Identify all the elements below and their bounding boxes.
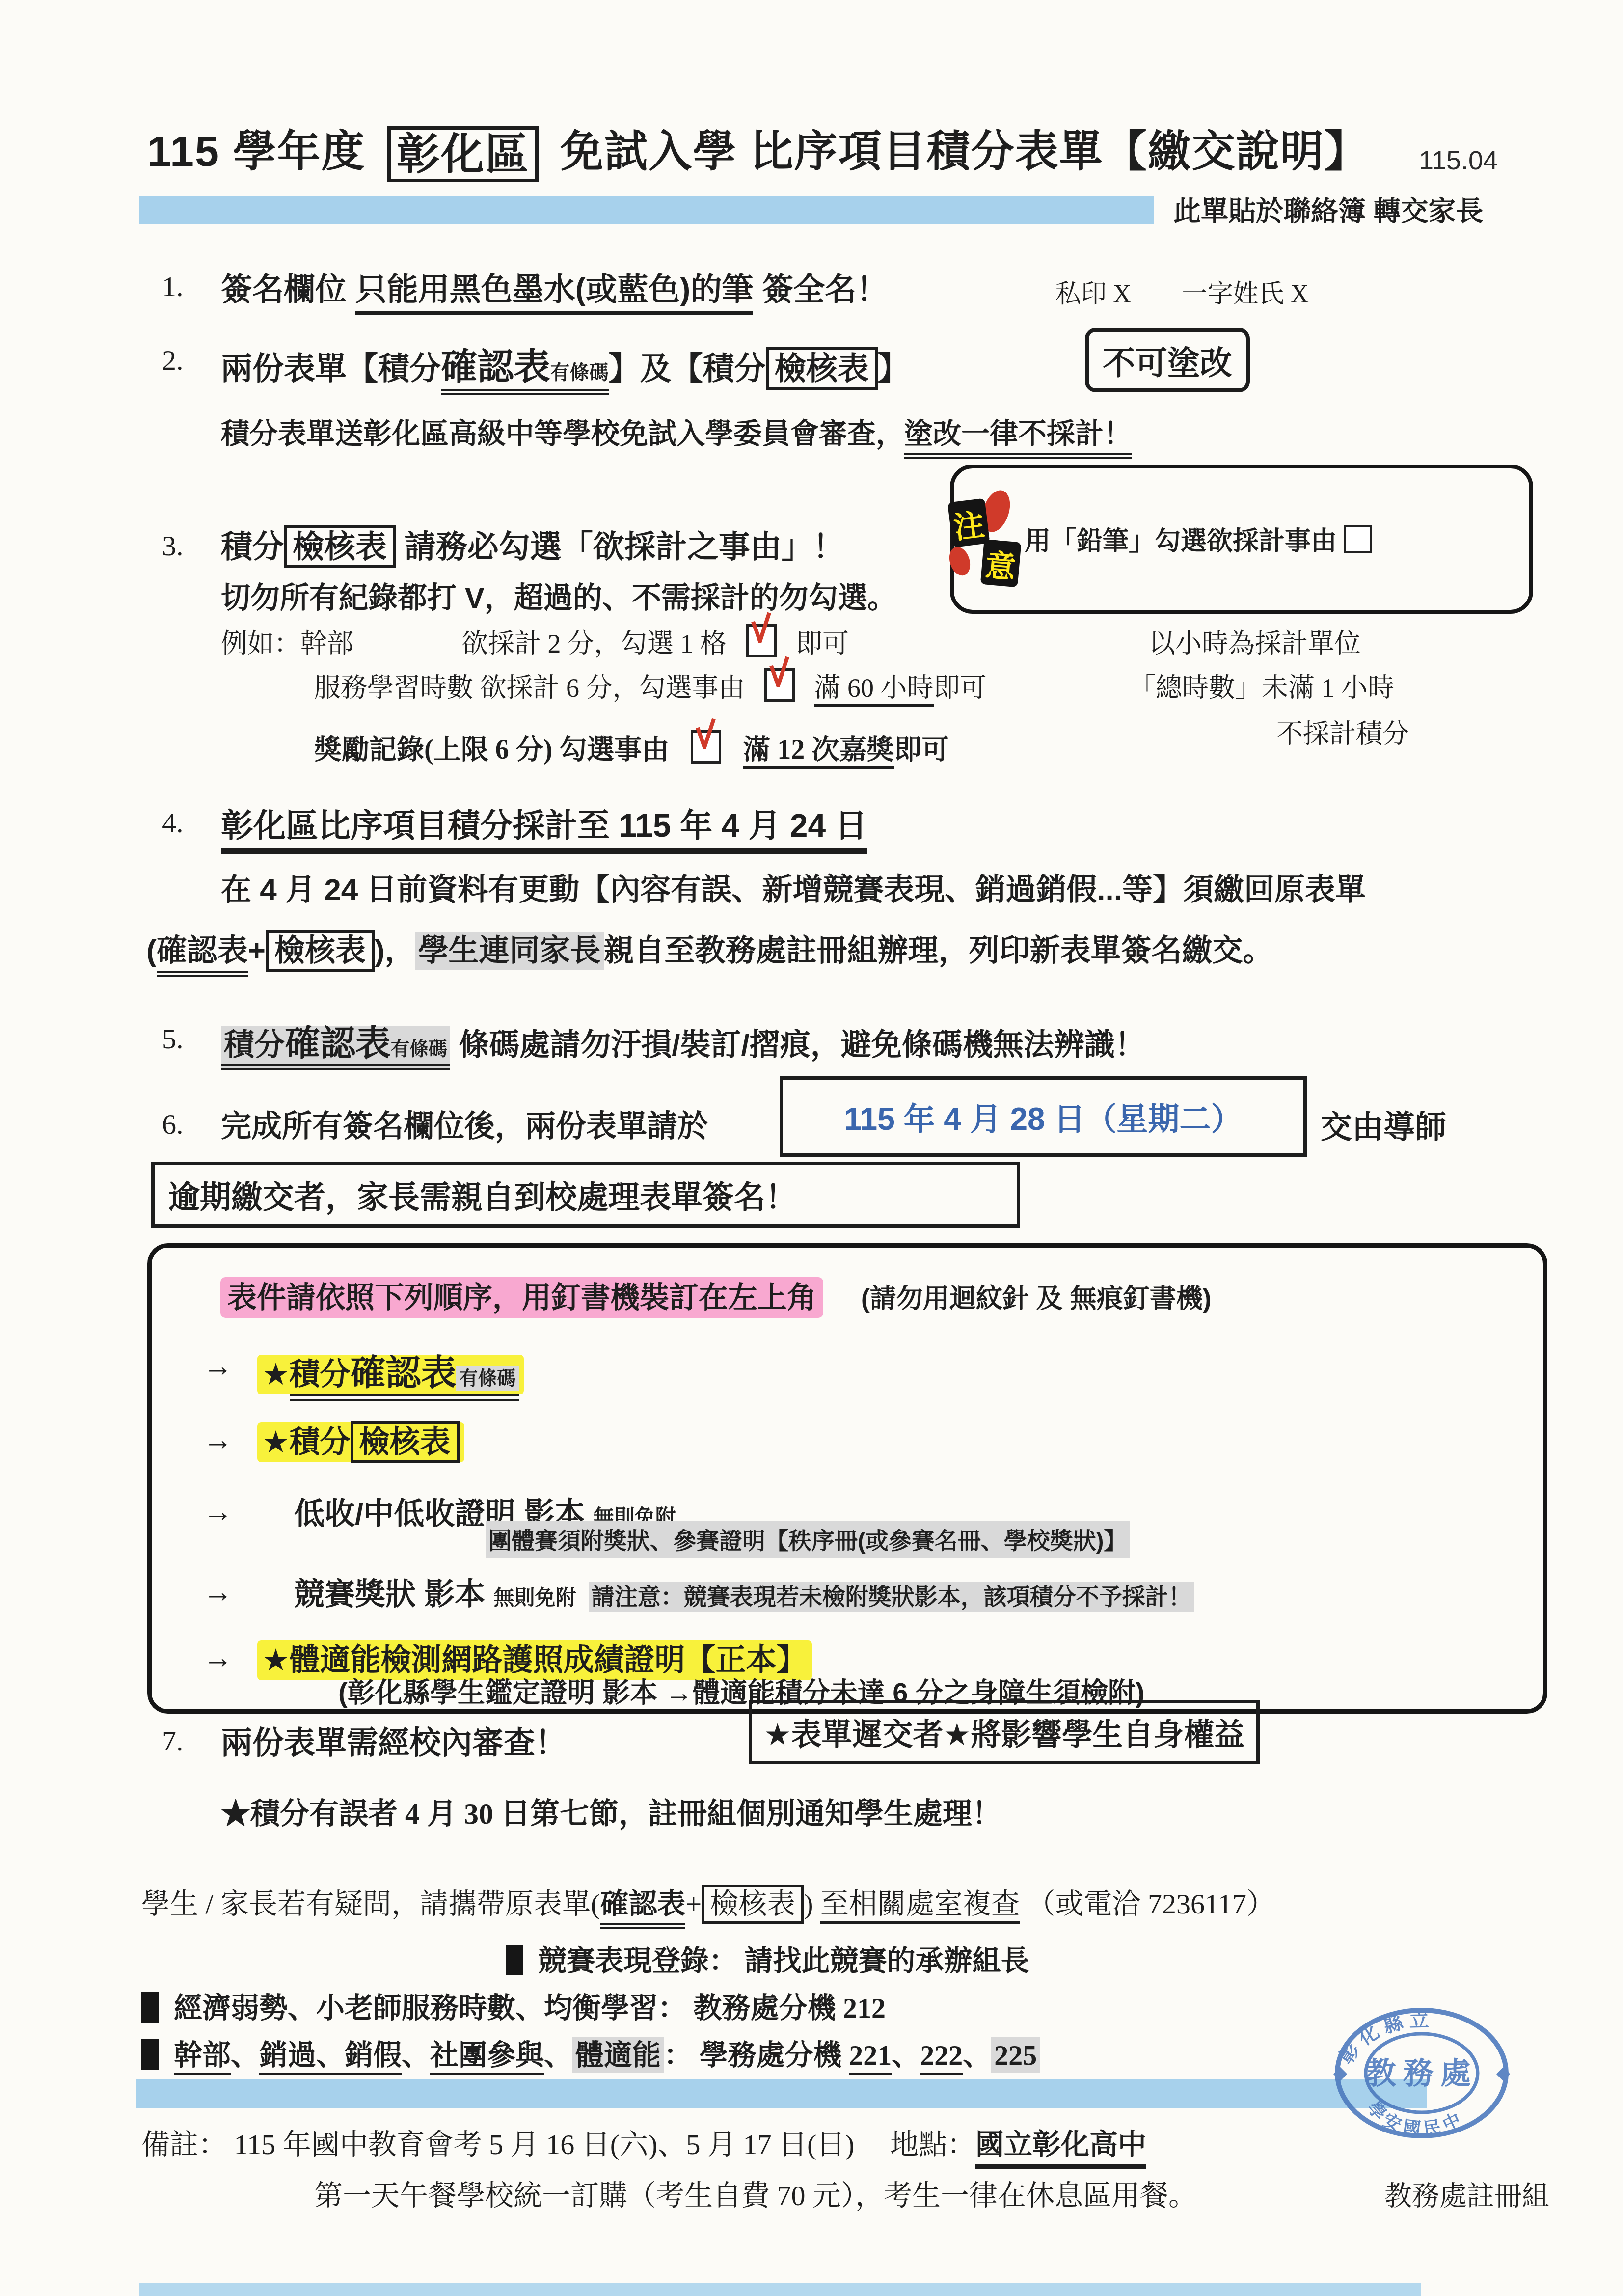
- item2-seg1: 兩份表單【積分: [221, 351, 441, 386]
- contact3-ext2: 222: [920, 2039, 963, 2075]
- attention-char-1: 注: [952, 508, 986, 545]
- item1-text: 簽名欄位 只能用黑色墨水(或藍色)的筆 簽全名！: [221, 264, 888, 309]
- example2-label: 服務學習時數 欲採計 6 分，勾選事由: [314, 673, 745, 703]
- order-row3-note: 團體賽須附獎狀、參賽證明【秩序冊(或參賽名冊、學校獎狀)】: [486, 1521, 1130, 1558]
- star-icon: ★: [262, 1643, 290, 1677]
- contact2-text: 經濟弱勢、小老師服務時數、均衡學習： 教務處分機 212: [174, 1992, 886, 2024]
- order-row1-pre: 積分: [290, 1358, 351, 1392]
- contact3-s2: 、: [402, 2039, 430, 2071]
- example-right2: 「總時數」未滿 1 小時: [1129, 667, 1394, 705]
- example2-line: 服務學習時數 欲採計 6 分，勾選事由 滿 60 小時即可: [314, 667, 987, 705]
- contact3-ext1: 221: [849, 2039, 892, 2075]
- item6-number: 6.: [162, 1108, 184, 1141]
- item7-number: 7.: [162, 1724, 184, 1757]
- contact3-ext3: 225: [991, 2037, 1040, 2073]
- order-row2: ★積分檢核表: [257, 1418, 464, 1463]
- contact3-u1: 幹部: [174, 2039, 231, 2075]
- arrow-icon: →: [203, 1494, 233, 1528]
- item2-seg2: 】及【積分: [609, 351, 766, 386]
- bottom-blue-bar: [136, 2079, 1427, 2108]
- page-title: 115 學年度 彰化區 免試入學 比序項目積分表單【繳交說明】: [147, 117, 1369, 182]
- example3-after: 即可: [894, 735, 949, 765]
- item1-side: 私印 X 一字姓氏 X: [1055, 273, 1309, 310]
- order-row2-highlight: ★積分檢核表: [257, 1422, 464, 1462]
- order-heading: 表件請依照下列順序，用釘書機裝訂在左上角 (請勿用迴紋針 及 無痕釘書機): [220, 1274, 1212, 1316]
- item5-rest: 條碼處請勿汙損/裝訂/摺痕，避免條碼機無法辨識！: [450, 1028, 1145, 1062]
- office-oval-stamp: 彰 化 縣 立 學 安 國 民 中 教務處: [1328, 1999, 1515, 2152]
- checkbox-checked-1: [746, 624, 777, 657]
- item1-pre: 簽名欄位: [221, 272, 355, 307]
- order-heading-note: (請勿用迴紋針 及 無痕釘書機): [861, 1284, 1212, 1313]
- title-suffix: 免試入學 比序項目積分表單【繳交說明】: [560, 127, 1368, 175]
- order-row1-highlight: ★積分確認表有條碼: [257, 1355, 524, 1394]
- office-signature: 教務處註冊組: [1384, 2174, 1549, 2214]
- order-row4-text: 競賽獎狀 影本: [294, 1578, 485, 1612]
- late-submission-text: 逾期繳交者，家長需親自到校處理表單簽名！: [168, 1172, 797, 1217]
- order-row1-confirm: 確認表: [351, 1353, 457, 1393]
- example3-label: 獎勵記錄(上限 6 分) 勾選事由: [314, 735, 669, 765]
- item4-line3: (確認表+檢核表)，學生連同家長親自至教務處註冊組辦理，列印新表單簽名繳交。: [146, 926, 1273, 972]
- item4-highlight: 學生連同家長: [415, 932, 604, 970]
- item3-seg1: 積分: [221, 529, 284, 564]
- item5-number: 5.: [162, 1022, 184, 1055]
- example2-after: 即可: [934, 673, 987, 703]
- stapling-order-box: 表件請依照下列順序，用釘書機裝訂在左上角 (請勿用迴紋針 及 無痕釘書機) → …: [147, 1243, 1547, 1714]
- example1-mid-text: 欲採計 2 分，勾選 1 格: [461, 629, 727, 658]
- order-row1-barcode: 有條碼: [456, 1366, 518, 1391]
- footer-q3: 至相關處室複查: [820, 1888, 1020, 1924]
- contact3-u3: 社團參與: [430, 2039, 544, 2075]
- item6-seg1: 完成所有簽名欄位後，兩份表單請於: [221, 1102, 708, 1146]
- checkbox-checked-2: [764, 668, 795, 702]
- item1-side2: 一字姓氏 X: [1182, 280, 1309, 308]
- example3-underlined: 滿 12 次嘉獎: [743, 735, 894, 769]
- example1-mid: 欲採計 2 分，勾選 1 格 即可: [461, 623, 849, 660]
- item2-confirm-form: 確認表: [441, 346, 550, 387]
- item4-confirm-form: 確認表: [157, 934, 248, 977]
- version-label: 115.04: [1419, 145, 1498, 176]
- item3-text: 積分檢核表 請務必勾選「欲採計之事由」！: [221, 521, 844, 568]
- order-row4-note: 請注意：競賽表現若未檢附獎狀影本，該項積分不予採計！: [589, 1582, 1194, 1612]
- item7-line2: ★積分有誤者 4 月 30 日第七節，註冊組個別通知學生處理！: [221, 1790, 1001, 1832]
- footer-check-form: 檢核表: [702, 1885, 804, 1924]
- item4-heading: 彰化區比序項目積分採計至 115 年 4 月 24 日: [221, 799, 867, 846]
- contact3-u2: 銷過、銷假: [259, 2039, 402, 2075]
- item1-number: 1.: [162, 270, 184, 303]
- title-prefix: 115 學年度: [147, 127, 365, 175]
- attention-icon: 注 意: [941, 483, 1025, 596]
- late-submission-box: 逾期繳交者，家長需親自到校處理表單簽名！: [151, 1162, 1020, 1228]
- item2-note: 積分表單送彰化區高級中等學校免試入學委員會審查，塗改一律不採計！: [221, 410, 1132, 452]
- black-bar-bullet-icon: [506, 1945, 523, 1975]
- footer-q1: 學生 / 家長若有疑問，請攜帶原表單(: [141, 1888, 600, 1920]
- item5-confirm-form: 確認表: [285, 1024, 391, 1063]
- order-row1: ★積分確認表有條碼: [257, 1344, 524, 1395]
- due-date: 115 年 4 月 28 日（星期二）: [844, 1094, 1243, 1139]
- order-row2-check: 檢核表: [351, 1421, 460, 1463]
- example-right1: 以小時為採計單位: [1149, 623, 1361, 660]
- top-blue-bar: [139, 196, 1154, 224]
- remark-line1: 備註： 115 年國中教育會考 5 月 16 日(六)、5 月 17 日(日) …: [141, 2121, 1146, 2162]
- star-icon: ★: [262, 1358, 290, 1392]
- arrow-icon: →: [203, 1575, 233, 1609]
- item2-check-form: 檢核表: [766, 347, 878, 390]
- due-date-box: 115 年 4 月 28 日（星期二）: [780, 1076, 1307, 1157]
- item4-l3-rest: 親自至教務處註冊組辦理，列印新表單簽名繳交。: [604, 934, 1273, 968]
- contact3-s3: 、: [544, 2039, 572, 2071]
- item3-check-form: 檢核表: [284, 525, 396, 568]
- item5-text: 積分確認表有條碼 條碼處請勿汙損/裝訂/摺痕，避免條碼機無法辨識！: [221, 1014, 1145, 1066]
- contact3-d1: 、: [892, 2039, 920, 2071]
- red-check-icon: [768, 655, 790, 687]
- item5-confirm-highlight: 積分確認表有條碼: [221, 1026, 450, 1070]
- order-row2-pre: 積分: [290, 1425, 351, 1459]
- example1-after: 即可: [796, 629, 849, 658]
- item3-line2: 切勿所有紀錄都打 V，超過的、不需採計的勿勾選。: [221, 574, 897, 617]
- contact1-label: 競賽表現登錄：: [538, 1945, 737, 1977]
- item2-seg3: 】: [878, 351, 909, 386]
- order-row4: 競賽獎狀 影本 無則免附 請注意：競賽表現若未檢附獎狀影本，該項積分不予採計！: [294, 1570, 1194, 1613]
- no-alteration-badge: 不可塗改: [1085, 328, 1250, 392]
- item5-pre: 積分: [224, 1028, 285, 1062]
- remark-line2: 第一天午餐學校統一訂購（考生自費 70 元），考生一律在休息區用餐。: [314, 2172, 1197, 2214]
- order-heading-highlight: 表件請依照下列順序，用釘書機裝訂在左上角: [220, 1277, 823, 1318]
- black-bar-bullet-icon: [141, 1992, 159, 2023]
- item2-note2: 塗改一律不採計！: [904, 418, 1132, 459]
- scanned-document-page: 115 學年度 彰化區 免試入學 比序項目積分表單【繳交說明】 115.04 此…: [0, 0, 1623, 2296]
- footer-q4: （或電洽 7236117）: [1020, 1888, 1275, 1920]
- item4-l3-open: (: [146, 934, 157, 968]
- item2-barcode-label: 有條碼: [550, 362, 609, 383]
- contact3-highlight: 體適能: [572, 2037, 664, 2073]
- contact-line1: 競賽表現登錄： 請找此競賽的承辦組長: [506, 1938, 1029, 1979]
- item3-number: 3.: [162, 529, 184, 562]
- attention-char-2: 意: [984, 549, 1017, 585]
- example3-line: 獎勵記錄(上限 6 分) 勾選事由 滿 12 次嘉獎即可: [314, 728, 949, 767]
- black-bar-bullet-icon: [141, 2039, 159, 2070]
- contact-line3: 幹部、銷過、銷假、社團參與、體適能： 學務處分機 221、222、225: [141, 2032, 1040, 2073]
- item4-plus: +: [248, 934, 266, 968]
- item4-l3-close: )，: [375, 934, 415, 968]
- stamp-ring-bottom: 學 安 國 民 中: [1363, 2098, 1464, 2139]
- footer-plus: +: [685, 1888, 702, 1920]
- page-bottom-blue-bar: [139, 2283, 1421, 2296]
- stamp-center-text: 教務處: [1366, 2057, 1478, 2091]
- example1-label: 例如：幹部: [221, 623, 353, 660]
- svg-text:學 安 國 民 中: 學 安 國 民 中: [1363, 2098, 1464, 2139]
- item2-text: 兩份表單【積分確認表有條碼】及【積分檢核表】: [221, 338, 909, 390]
- remark1-pre: 備註： 115 年國中教育會考 5 月 16 日(六)、5 月 17 日(日) …: [141, 2129, 975, 2160]
- item4-line2: 在 4 月 24 日前資料有更動【內容有誤、新增競賽表現、銷過銷假...等】須繳…: [221, 865, 1366, 909]
- order-row4-small: 無則免附: [493, 1586, 576, 1609]
- empty-checkbox: [1344, 525, 1372, 553]
- attention-text: 用「鉛筆」勾選欲採計事由: [1025, 520, 1337, 558]
- footer-q2: ): [804, 1888, 820, 1920]
- red-check-icon: [750, 611, 772, 643]
- arrow-icon: →: [203, 1422, 233, 1456]
- item2-number: 2.: [162, 344, 184, 377]
- contact-line2: 經濟弱勢、小老師服務時數、均衡學習： 教務處分機 212: [141, 1985, 886, 2026]
- item3-seg2: 請務必勾選「欲採計之事由」！: [396, 529, 844, 564]
- footer-question-line: 學生 / 家長若有疑問，請攜帶原表單(確認表+檢核表) 至相關處室複查 （或電洽…: [141, 1881, 1275, 1924]
- item1-emph: 只能用黑色墨水(或藍色)的筆: [355, 272, 754, 315]
- item2-note1: 積分表單送彰化區高級中等學校免試入學委員會審查，: [221, 418, 904, 450]
- item4-number: 4.: [162, 806, 184, 839]
- item4-heading-text: 彰化區比序項目積分採計至 115 年 4 月 24 日: [221, 807, 867, 854]
- late-warning-badge: ★表單遲交者★將影響學生自身權益: [749, 1700, 1260, 1764]
- contact1-text: 請找此競賽的承辦組長: [737, 1945, 1029, 1977]
- red-check-icon: [694, 717, 717, 749]
- remark1-location: 國立彰化高中: [975, 2129, 1146, 2169]
- contact3-d2: 、: [963, 2039, 991, 2071]
- banner-note: 此單貼於聯絡簿 轉交家長: [1173, 190, 1484, 229]
- item1-side1: 私印 X: [1055, 280, 1132, 308]
- attention-note-box: 注 意 用「鉛筆」勾選欲採計事由: [950, 465, 1533, 614]
- item1-post: 簽全名！: [753, 272, 888, 307]
- item7-text: 兩份表單需經校內審查！: [221, 1718, 567, 1763]
- item6-seg2: 交由導師: [1321, 1102, 1446, 1147]
- footer-confirm-form: 確認表: [600, 1888, 685, 1929]
- checkbox-checked-3: [691, 730, 721, 764]
- item4-check-form: 檢核表: [266, 930, 375, 972]
- arrow-icon: →: [203, 1640, 233, 1674]
- star-icon: ★: [262, 1425, 290, 1459]
- title-region-box: 彰化區: [387, 126, 539, 182]
- item5-barcode-label: 有條碼: [391, 1039, 447, 1060]
- example-right3: 不採計積分: [1276, 713, 1409, 751]
- arrow-icon: →: [203, 1349, 233, 1383]
- contact3-s1: 、: [231, 2039, 259, 2071]
- example2-underlined: 滿 60 小時: [814, 673, 934, 707]
- contact3-mid: ： 學務處分機: [664, 2039, 849, 2071]
